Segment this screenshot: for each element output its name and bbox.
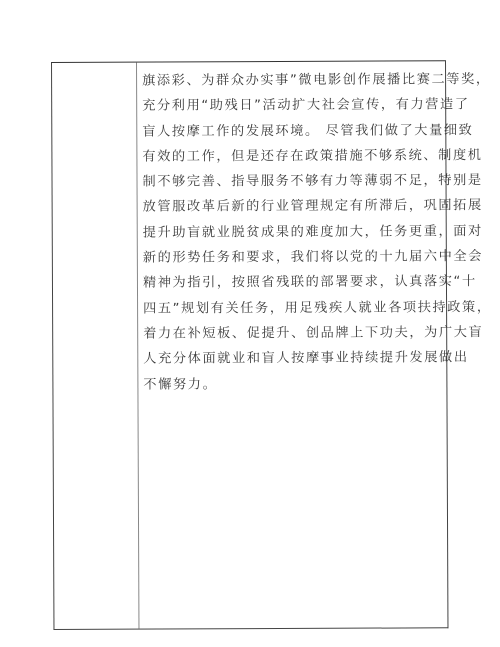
text-line: 四五”规划有关任务，用足残疾人就业各项扶持政策，: [143, 295, 442, 322]
text-line: 着力在补短板、促提升、创品牌上下功夫，为广大盲: [143, 320, 442, 347]
text-line: 盲人按摩工作的发展环境。 尽管我们做了大量细致: [142, 118, 441, 145]
text-line: 提升助盲就业脱贫成果的难度加大，任务更重，面对: [143, 219, 442, 246]
content-cell: 旗添彩、为群众办实事”微电影创作展播比赛二等奖， 充分利用“助残日”活动扩大社会…: [137, 61, 447, 628]
text-line: 制不够完善、指导服务不够有力等薄弱不足，特别是: [142, 168, 441, 195]
text-line: 充分利用“助残日”活动扩大社会宣传，有力营造了: [142, 93, 441, 120]
text-line: 新的形势任务和要求，我们将以党的十九届六中全会: [143, 244, 442, 271]
text-line: 有效的工作，但是还存在政策措施不够系统、制度机: [142, 143, 441, 170]
text-line: 旗添彩、为群众办实事”微电影创作展播比赛二等奖，: [142, 67, 441, 94]
text-line: 放管服改革后新的行业管理规定有所滞后，巩固拓展: [143, 194, 442, 221]
label-cell: [52, 63, 139, 629]
form-table: 旗添彩、为群众办实事”微电影创作展播比赛二等奖， 充分利用“助残日”活动扩大社会…: [51, 60, 448, 630]
text-line: 精神为指引，按照省残联的部署要求，认真落实“十: [143, 270, 442, 297]
text-line: 人充分体面就业和盲人按摩事业持续提升发展做出: [143, 346, 442, 373]
text-line: 不懈努力。: [143, 371, 442, 398]
